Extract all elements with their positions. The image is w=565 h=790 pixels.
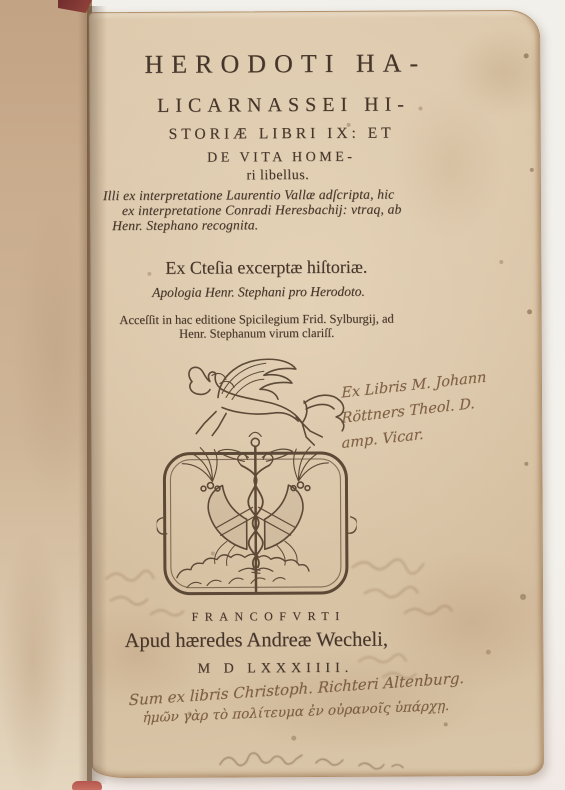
facing-page <box>0 0 92 790</box>
privilege-note-line-3: Henr. Stephano recognita. <box>112 217 258 234</box>
contents-line-2: Apologia Henr. Stephani pro Herodoto. <box>70 283 446 301</box>
title-line-2: LICARNASSEI HI- <box>89 93 471 118</box>
ghost-ink-marks-right <box>344 549 520 626</box>
photo-backdrop: HERODOTI HA- LICARNASSEI HI- STORIÆ LIBR… <box>0 0 565 790</box>
title-line-5: ri libellus. <box>90 167 466 185</box>
contents-line-1: Ex Cteſia excerptæ hiſtoriæ. <box>78 256 454 279</box>
illegible-scrawl <box>215 745 445 774</box>
privilege-note-line-2: ex interpretatione Conradi Heresbachij: … <box>122 202 402 219</box>
title-line-4: DE VITA HOME- <box>90 149 470 167</box>
handwritten-ex-libris: Ex Libris M. Johann Röttners Theol. D. a… <box>341 361 530 457</box>
title-page: HERODOTI HA- LICARNASSEI HI- STORIÆ LIBR… <box>88 10 544 778</box>
gutter-shadow <box>87 6 107 784</box>
ghost-ink-marks-left <box>100 559 220 624</box>
addendum-line-2: Henr. Stephanum virum clariſſ. <box>69 325 445 342</box>
binding-fragment-bottom <box>72 781 102 790</box>
title-line-1: HERODOTI HA- <box>89 48 473 80</box>
ghost-ink-marks-lower <box>352 647 502 688</box>
title-line-3: STORIÆ LIBRI IX: ET <box>90 124 470 144</box>
